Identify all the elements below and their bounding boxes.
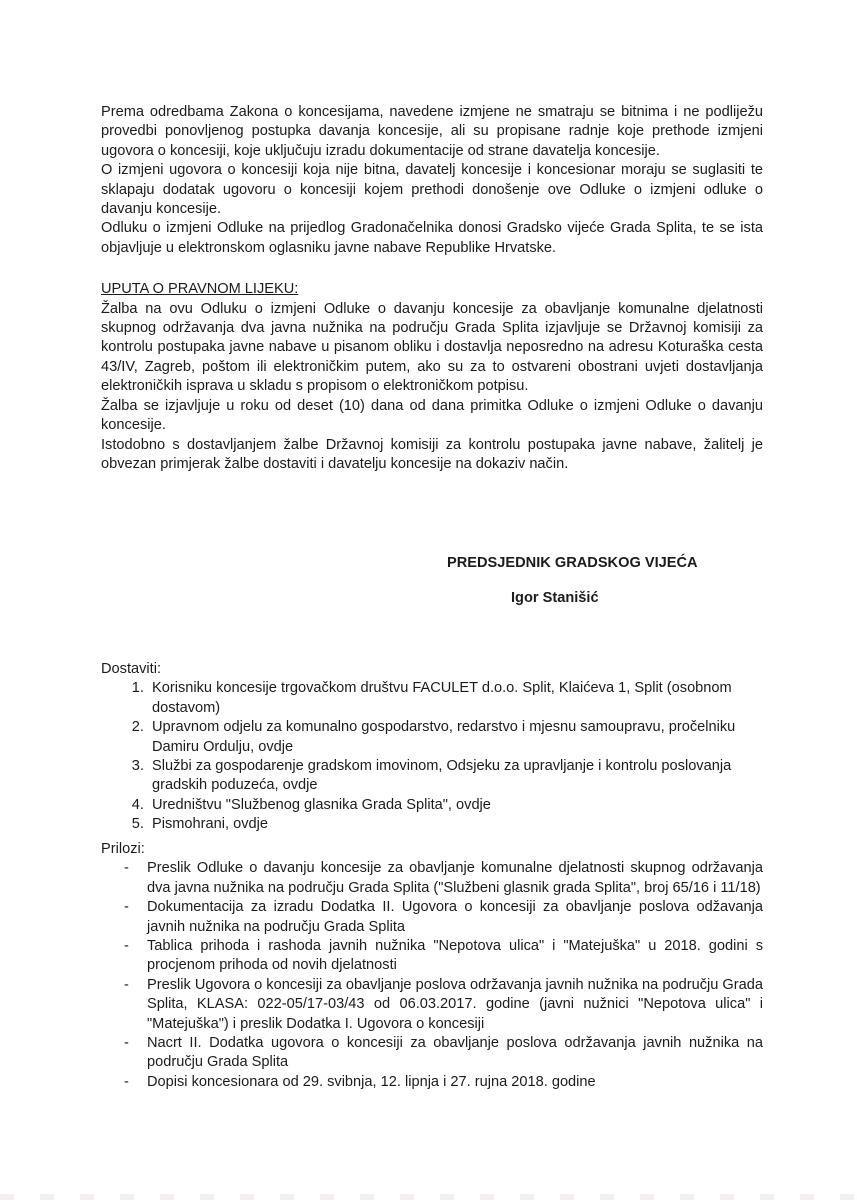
signature-title: PREDSJEDNIK GRADSKOG VIJEĆA	[447, 555, 767, 571]
list-item: Dokumentacija za izradu Dodatka II. Ugov…	[147, 898, 763, 937]
legal-remedy-heading: UPUTA O PRAVNOM LIJEKU:	[101, 280, 763, 299]
list-item: Korisniku koncesije trgovačkom društvu F…	[148, 679, 763, 718]
paragraph: Žalba se izjavljuje u roku od deset (10)…	[101, 397, 763, 436]
document-body: Prema odredbama Zakona o koncesijama, na…	[101, 103, 763, 474]
paragraph: Prema odredbama Zakona o koncesijama, na…	[101, 103, 763, 161]
list-item: Službi za gospodarenje gradskom imovinom…	[148, 757, 763, 796]
list-item: Uredništvu "Službenog glasnika Grada Spl…	[148, 796, 763, 815]
paragraph: Žalba na ovu Odluku o izmjeni Odluke o d…	[101, 300, 763, 397]
list-item: Pismohrani, ovdje	[148, 815, 763, 834]
list-item: Tablica prihoda i rashoda javnih nužnika…	[147, 937, 763, 976]
distribution-items: Korisniku koncesije trgovačkom društvu F…	[101, 679, 763, 834]
distribution-label: Dostaviti:	[101, 660, 763, 679]
paragraph: Istodobno s dostavljanjem žalbe Državnoj…	[101, 436, 763, 475]
paragraph: Odluku o izmjeni Odluke na prijedlog Gra…	[101, 219, 763, 258]
attachments-list: Prilozi: Preslik Odluke o davanju konces…	[101, 840, 763, 1092]
list-item: Nacrt II. Dodatka ugovora o koncesiji za…	[147, 1034, 763, 1073]
attachments-label: Prilozi:	[101, 840, 763, 859]
signature-name: Igor Stanišić	[447, 590, 767, 606]
distribution-list: Dostaviti: Korisniku koncesije trgovačko…	[101, 660, 763, 835]
list-item: Dopisi koncesionara od 29. svibnja, 12. …	[147, 1073, 763, 1092]
signature-block: PREDSJEDNIK GRADSKOG VIJEĆA Igor Staniši…	[447, 555, 767, 606]
attachments-items: Preslik Odluke o davanju koncesije za ob…	[101, 859, 763, 1092]
list-item: Upravnom odjelu za komunalno gospodarstv…	[148, 718, 763, 757]
paragraph: O izmjeni ugovora o koncesiji koja nije …	[101, 161, 763, 219]
list-item: Preslik Odluke o davanju koncesije za ob…	[147, 859, 763, 898]
list-item: Preslik Ugovora o koncesiji za obavljanj…	[147, 976, 763, 1034]
scan-edge-artifact	[0, 1194, 857, 1200]
